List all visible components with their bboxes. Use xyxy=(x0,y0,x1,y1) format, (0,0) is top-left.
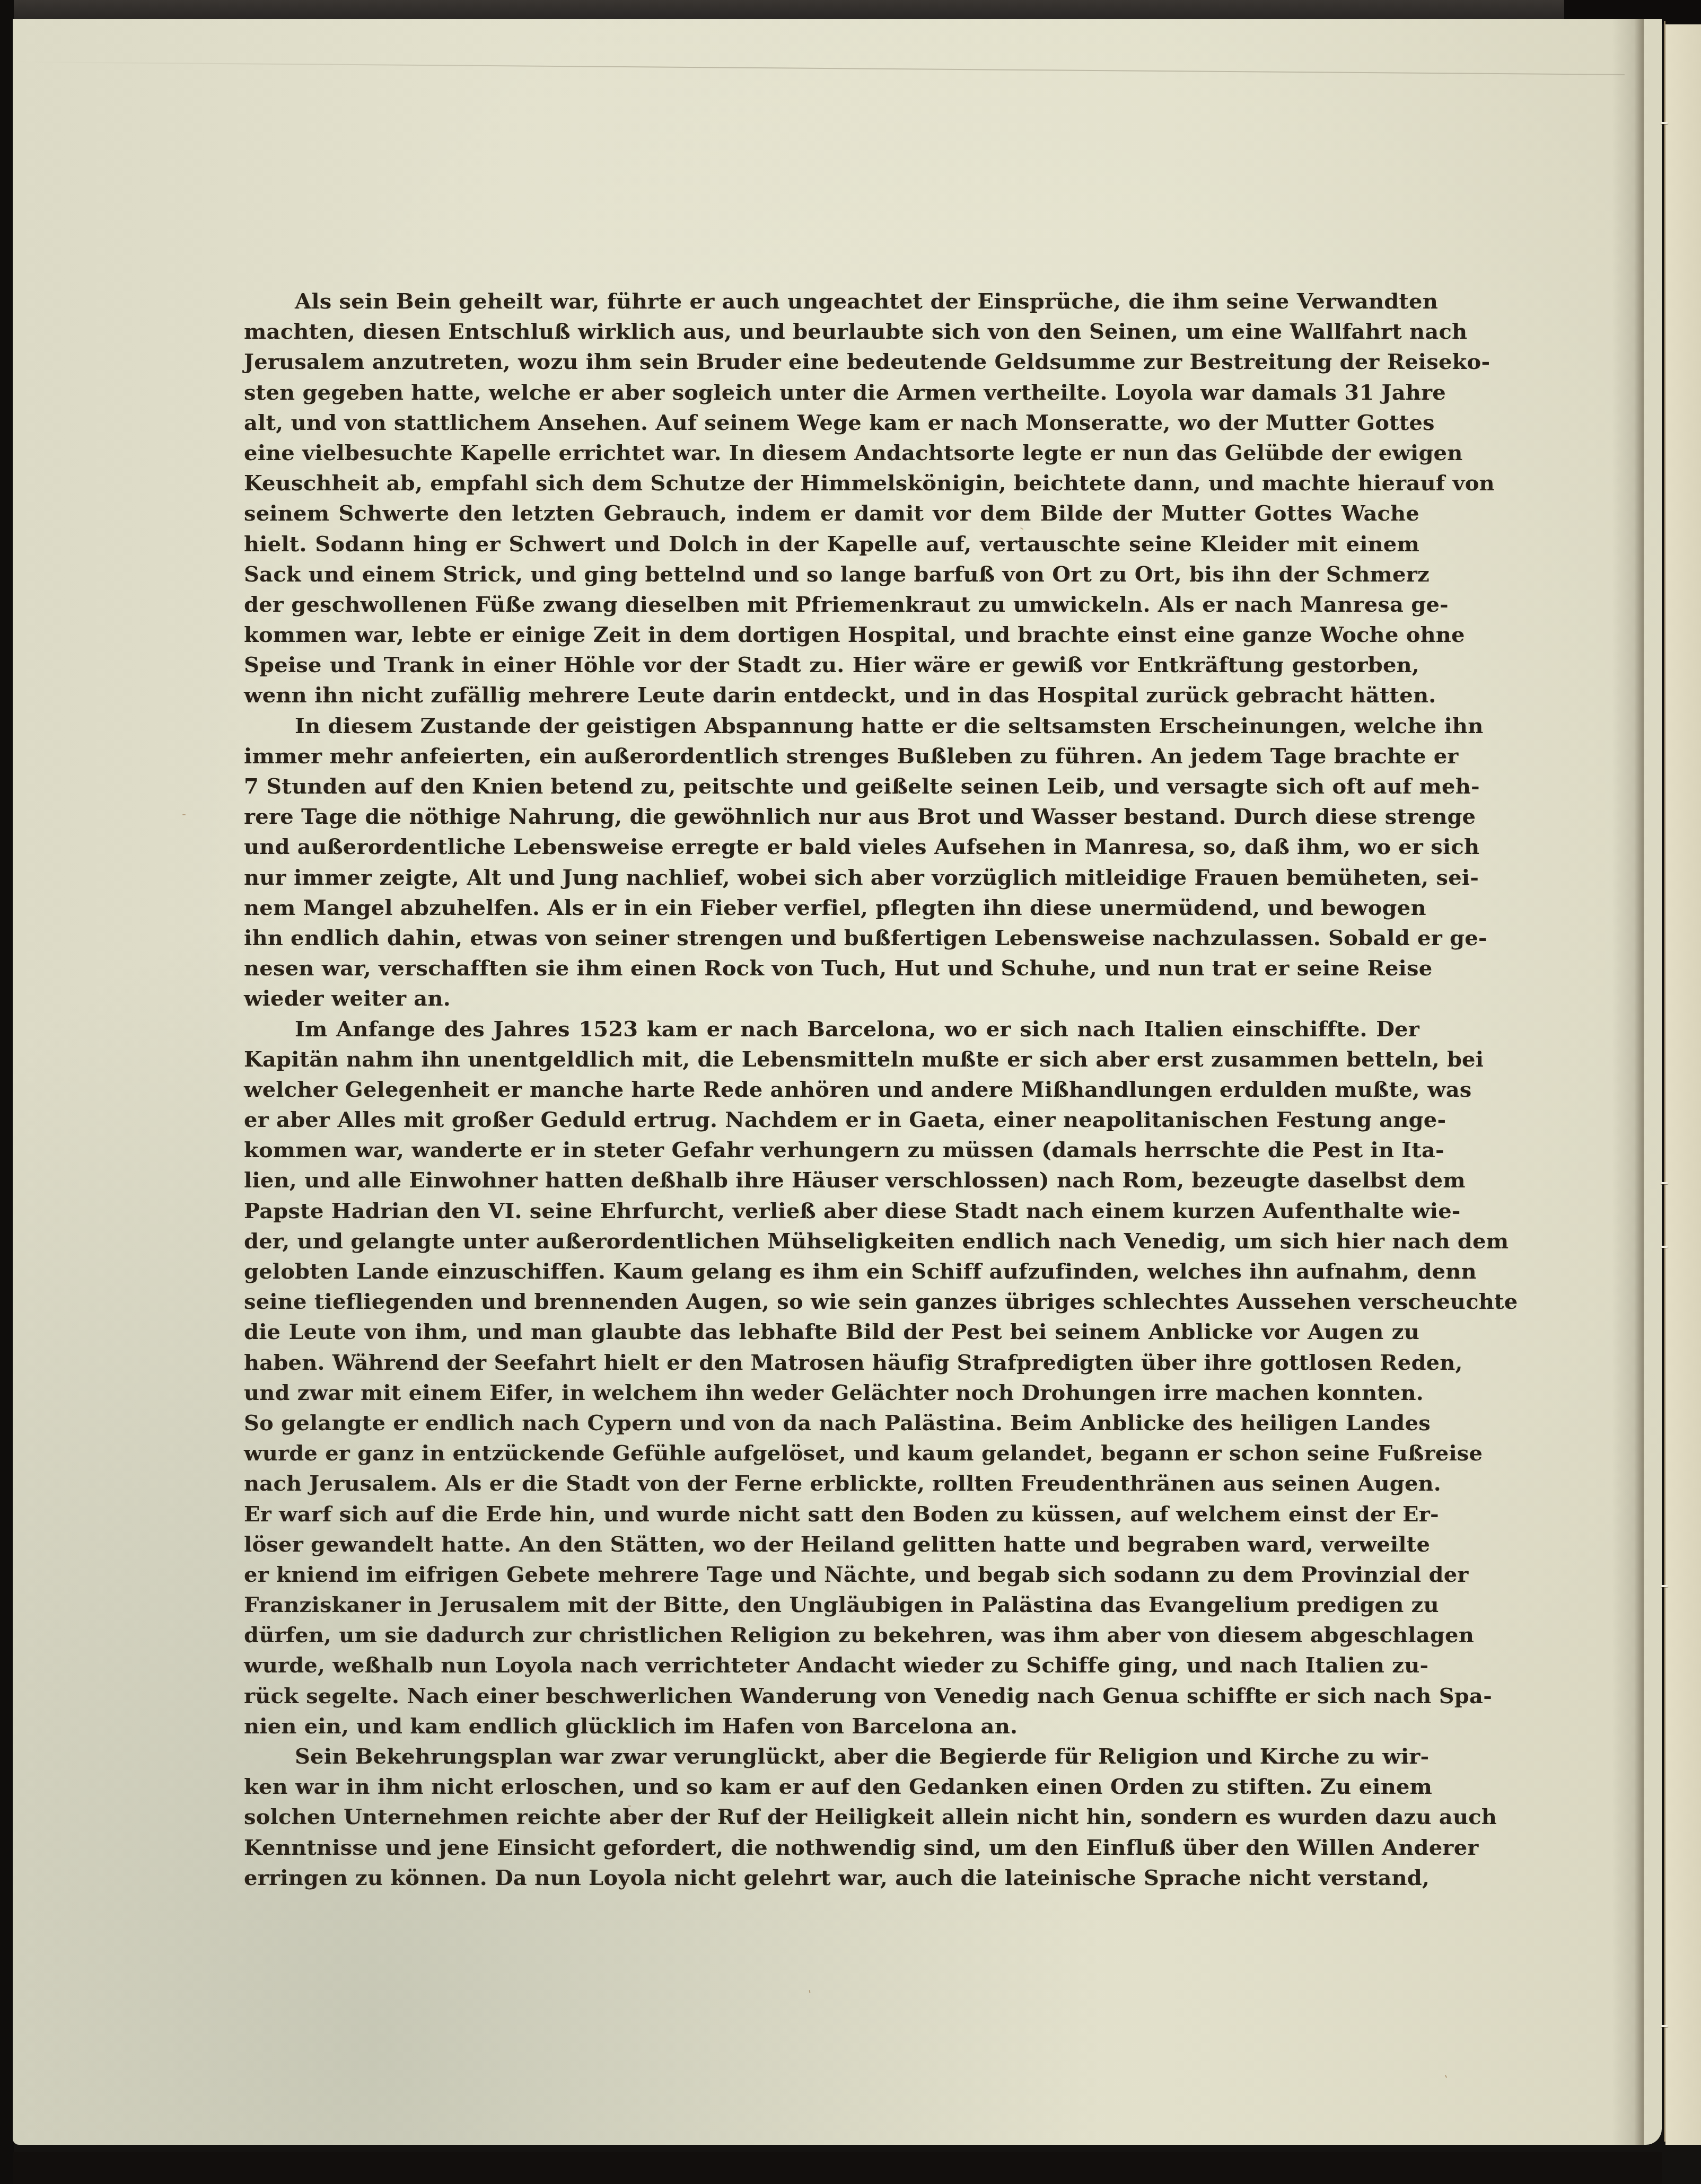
text-line: kommen war, wanderte er in steter Gefahr… xyxy=(244,1135,1419,1165)
scanner-background-left xyxy=(0,0,14,2184)
paragraph-2: In diesem Zustande der geistigen Abspann… xyxy=(244,711,1419,1014)
text-line: hielt. Sodann hing er Schwert und Dolch … xyxy=(244,529,1419,559)
text-line: So gelangte er endlich nach Cypern und v… xyxy=(244,1408,1419,1438)
text-line: eine vielbesuchte Kapelle errichtet war.… xyxy=(244,438,1419,468)
paragraph-3: Im Anfange des Jahres 1523 kam er nach B… xyxy=(244,1014,1419,1742)
text-line: welcher Gelegenheit er manche harte Rede… xyxy=(244,1075,1419,1105)
text-line: wenn ihn nicht zufällig mehrere Leute da… xyxy=(244,680,1419,710)
text-line: er kniend im eifrigen Gebete mehrere Tag… xyxy=(244,1560,1419,1590)
text-line: kommen war, lebte er einige Zeit in dem … xyxy=(244,620,1419,650)
adjacent-page-edge xyxy=(1665,24,1701,2145)
text-line: Im Anfange des Jahres 1523 kam er nach B… xyxy=(244,1014,1419,1044)
text-line: haben. Während der Seefahrt hielt er den… xyxy=(244,1348,1419,1378)
text-line: Speise und Trank in einer Höhle vor der … xyxy=(244,650,1419,680)
text-line: der, und gelangte unter außerordentliche… xyxy=(244,1226,1419,1256)
text-line: nach Jerusalem. Als er die Stadt von der… xyxy=(244,1468,1419,1499)
text-line: ihn endlich dahin, etwas von seiner stre… xyxy=(244,923,1419,953)
text-line: Kenntnisse und jene Einsicht gefordert, … xyxy=(244,1833,1419,1863)
text-line: rere Tage die nöthige Nahrung, die gewöh… xyxy=(244,802,1419,832)
text-line: rück segelte. Nach einer beschwerlichen … xyxy=(244,1681,1419,1711)
text-line: Er warf sich auf die Erde hin, und wurde… xyxy=(244,1499,1419,1529)
text-line: sten gegeben hatte, welche er aber sogle… xyxy=(244,377,1419,408)
text-line: er aber Alles mit großer Geduld ertrug. … xyxy=(244,1105,1419,1135)
text-line: nien ein, und kam endlich glücklich im H… xyxy=(244,1711,1419,1741)
binding-stitch xyxy=(1661,1585,1668,1587)
paper-fleck xyxy=(1445,2075,1448,2078)
page-fold-shadow xyxy=(1612,19,1644,2145)
text-line: immer mehr anfeierten, ein außerordentli… xyxy=(244,741,1419,771)
binding-stitch xyxy=(1661,2025,1668,2027)
text-line: und zwar mit einem Eifer, in welchem ihn… xyxy=(244,1378,1419,1408)
text-line: lien, und alle Einwohner hatten deßhalb … xyxy=(244,1165,1419,1195)
text-line: und außerordentliche Lebensweise erregte… xyxy=(244,832,1419,862)
text-line: die Leute von ihm, und man glaubte das l… xyxy=(244,1317,1419,1347)
text-line: Papste Hadrian den VI. seine Ehrfurcht, … xyxy=(244,1196,1419,1226)
text-line: alt, und von stattlichem Ansehen. Auf se… xyxy=(244,408,1419,438)
paragraph-4: Sein Bekehrungsplan war zwar verunglückt… xyxy=(244,1741,1419,1893)
paper-crease xyxy=(13,61,1625,75)
paper-fleck xyxy=(182,814,186,815)
binding-stitch xyxy=(1661,122,1668,124)
scanned-book-page: Als sein Bein geheilt war, führte er auc… xyxy=(0,0,1701,2184)
text-line: seine tiefliegenden und brennenden Augen… xyxy=(244,1287,1419,1317)
text-line: wurde, weßhalb nun Loyola nach verrichte… xyxy=(244,1650,1419,1680)
text-line: nur immer zeigte, Alt und Jung nachlief,… xyxy=(244,862,1419,893)
text-line: Als sein Bein geheilt war, führte er auc… xyxy=(244,286,1419,316)
text-line: erringen zu können. Da nun Loyola nicht … xyxy=(244,1863,1419,1893)
binding-stitch xyxy=(1661,1246,1668,1248)
text-line: Jerusalem anzutreten, wozu ihm sein Brud… xyxy=(244,347,1419,377)
text-line: wurde er ganz in entzückende Gefühle auf… xyxy=(244,1438,1419,1468)
paper-fleck xyxy=(809,1990,810,1993)
text-line: nesen war, verschafften sie ihm einen Ro… xyxy=(244,953,1419,983)
text-line: Keuschheit ab, empfahl sich dem Schutze … xyxy=(244,468,1419,498)
text-line: löser gewandelt hatte. An den Stätten, w… xyxy=(244,1529,1419,1560)
text-line: machten, diesen Entschluß wirklich aus, … xyxy=(244,316,1419,347)
text-line: solchen Unternehmen reichte aber der Ruf… xyxy=(244,1802,1419,1832)
scanner-background-bottom xyxy=(13,2152,1662,2184)
text-line: gelobten Lande einzuschiffen. Kaum gelan… xyxy=(244,1256,1419,1287)
text-line: Franziskaner in Jerusalem mit der Bitte,… xyxy=(244,1590,1419,1620)
text-line: wieder weiter an. xyxy=(244,983,1419,1014)
text-line: Sack und einem Strick, und ging bettelnd… xyxy=(244,559,1419,589)
body-text: Als sein Bein geheilt war, führte er auc… xyxy=(244,286,1419,1893)
text-line: In diesem Zustande der geistigen Abspann… xyxy=(244,711,1419,741)
text-line: der geschwollenen Füße zwang dieselben m… xyxy=(244,589,1419,620)
binding-stitch xyxy=(1661,1182,1668,1184)
text-line: 7 Stunden auf den Knien betend zu, peits… xyxy=(244,771,1419,802)
text-line: ken war in ihm nicht erloschen, und so k… xyxy=(244,1772,1419,1802)
text-line: dürfen, um sie dadurch zur christlichen … xyxy=(244,1620,1419,1650)
text-line: Sein Bekehrungsplan war zwar verunglückt… xyxy=(244,1741,1419,1772)
text-line: Kapitän nahm ihn unentgeldlich mit, die … xyxy=(244,1044,1419,1075)
text-line: seinem Schwerte den letzten Gebrauch, in… xyxy=(244,498,1419,529)
scanner-background-top xyxy=(0,0,1564,19)
paragraph-1: Als sein Bein geheilt war, führte er auc… xyxy=(244,286,1419,711)
text-line: nem Mangel abzuhelfen. Als er in ein Fie… xyxy=(244,893,1419,923)
